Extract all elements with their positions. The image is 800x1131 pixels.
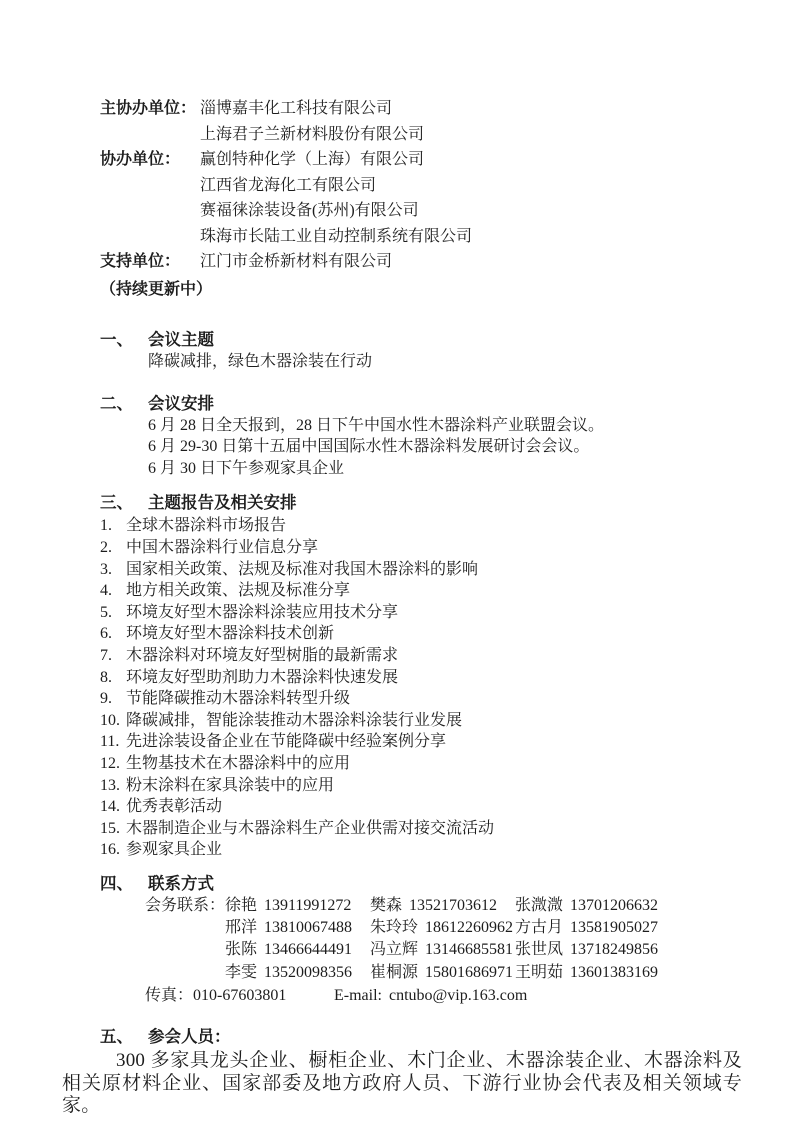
contact-phone: 13146685581 xyxy=(425,941,513,958)
contact-grid: 徐艳13911991272 樊森13521703612 张溦溦137012066… xyxy=(225,895,658,984)
section4-number: 四、 xyxy=(100,873,148,895)
company-name: 淄博嘉丰化工科技有限公司 xyxy=(200,96,424,122)
contact-phone: 13810067488 xyxy=(264,919,352,936)
topic-number: 11. xyxy=(100,731,126,753)
section5-number: 五、 xyxy=(100,1026,148,1048)
section1-title: 会议主题 xyxy=(148,329,214,351)
contact-entry: 张陈13466644491 xyxy=(225,939,370,961)
support-organizer-companies: 江门市金桥新材料有限公司 xyxy=(200,249,392,275)
topic-text: 地方相关政策、法规及标准分享 xyxy=(126,580,350,602)
company-name: 江门市金桥新材料有限公司 xyxy=(200,249,392,275)
contact-name: 李雯 xyxy=(225,964,257,981)
contact-entry: 邢洋13810067488 xyxy=(225,917,370,939)
section1-number: 一、 xyxy=(100,329,148,351)
company-name: 赛福徕涂装设备(苏州)有限公司 xyxy=(200,198,472,224)
topic-text: 木器涂料对环境友好型树脂的最新需求 xyxy=(126,645,398,667)
topic-text: 节能降碳推动木器涂料转型升级 xyxy=(126,688,350,710)
organizers-block: 主协办单位： 淄博嘉丰化工科技有限公司 上海君子兰新材料股份有限公司 协办单位：… xyxy=(100,96,742,302)
contact-entry: 樊森13521703612 xyxy=(370,895,515,917)
topic-text: 降碳减排，智能涂装推动木器涂料涂装行业发展 xyxy=(126,710,462,732)
topic-number: 2. xyxy=(100,537,126,559)
contact-name: 徐艳 xyxy=(225,897,257,914)
co-organizer-companies: 赢创特种化学（上海）有限公司 江西省龙海化工有限公司 赛福徕涂装设备(苏州)有限… xyxy=(200,147,472,249)
document-page: 主协办单位： 淄博嘉丰化工科技有限公司 上海君子兰新材料股份有限公司 协办单位：… xyxy=(0,0,800,1131)
contact-phone: 18612260962 xyxy=(425,919,513,936)
contact-row: 会务联系： 徐艳13911991272 樊森13521703612 张溦溦137… xyxy=(145,895,742,984)
fax-number: 010-67603801 xyxy=(193,987,286,1004)
contact-entry: 张世凤13718249856 xyxy=(515,939,658,961)
topic-list: 1.全球木器涂料市场报告 2.中国木器涂料行业信息分享 3.国家相关政策、法规及… xyxy=(100,515,742,861)
email-part: E-mail:cntubo@vip.163.com xyxy=(334,987,527,1004)
topic-text: 木器制造企业与木器涂料生产企业供需对接交流活动 xyxy=(126,818,494,840)
topic-text: 环境友好型助剂助力木器涂料快速发展 xyxy=(126,667,398,689)
section-participants: 五、 参会人员： 300 多家具龙头企业、橱柜企业、木门企业、木器涂装企业、木器… xyxy=(62,1026,742,1118)
topic-item: 6.环境友好型木器涂料技术创新 xyxy=(100,623,742,645)
topic-item: 4.地方相关政策、法规及标准分享 xyxy=(100,580,742,602)
topic-text: 优秀表彰活动 xyxy=(126,796,222,818)
contact-entry: 崔桐源15801686971 xyxy=(370,962,515,984)
topic-number: 5. xyxy=(100,602,126,624)
schedule-line: 6 月 30 日下午参观家具企业 xyxy=(148,458,742,480)
main-organizer-companies: 淄博嘉丰化工科技有限公司 上海君子兰新材料股份有限公司 xyxy=(200,96,424,147)
topic-text: 粉末涂料在家具涂装中的应用 xyxy=(126,775,334,797)
topic-item: 10.降碳减排，智能涂装推动木器涂料涂装行业发展 xyxy=(100,710,742,732)
contact-phone: 13701206632 xyxy=(570,897,658,914)
contact-name: 张陈 xyxy=(225,941,257,958)
contact-phone: 13911991272 xyxy=(264,897,351,914)
topic-text: 先进涂装设备企业在节能降碳中经验案例分享 xyxy=(126,731,446,753)
company-name: 江西省龙海化工有限公司 xyxy=(200,173,472,199)
section4-title: 联系方式 xyxy=(148,873,214,895)
section3-header: 三、 主题报告及相关安排 xyxy=(100,492,742,514)
contact-entry: 张溦溦13701206632 xyxy=(515,895,658,917)
topic-number: 4. xyxy=(100,580,126,602)
co-organizer-row: 协办单位： 赢创特种化学（上海）有限公司 江西省龙海化工有限公司 赛福徕涂装设备… xyxy=(100,147,742,249)
section2-header: 二、 会议安排 xyxy=(100,393,742,415)
topic-number: 15. xyxy=(100,818,126,840)
contact-name: 王明茹 xyxy=(515,964,563,981)
topic-item: 2.中国木器涂料行业信息分享 xyxy=(100,537,742,559)
contact-name: 崔桐源 xyxy=(370,964,418,981)
contact-name: 冯立辉 xyxy=(370,941,418,958)
section2-body: 6 月 28 日全天报到，28 日下午中国水性木器涂料产业联盟会议。 6 月 2… xyxy=(148,415,742,480)
topic-item: 13.粉末涂料在家具涂装中的应用 xyxy=(100,775,742,797)
contact-name: 邢洋 xyxy=(225,919,257,936)
topic-item: 12.生物基技术在木器涂料中的应用 xyxy=(100,753,742,775)
topic-item: 14.优秀表彰活动 xyxy=(100,796,742,818)
company-name: 上海君子兰新材料股份有限公司 xyxy=(200,122,424,148)
topic-text: 参观家具企业 xyxy=(126,839,222,861)
section-meeting-theme: 一、 会议主题 降碳减排，绿色木器涂装在行动 xyxy=(100,329,742,373)
contact-phone: 13520098356 xyxy=(264,964,352,981)
section5-header: 五、 参会人员： xyxy=(100,1026,742,1048)
contact-entry: 冯立辉13146685581 xyxy=(370,939,515,961)
email-label: E-mail: xyxy=(334,987,382,1004)
contact-phone: 13521703612 xyxy=(409,897,497,914)
contact-name: 张溦溦 xyxy=(515,897,563,914)
section1-body: 降碳减排，绿色木器涂装在行动 xyxy=(148,351,742,373)
fax-part: 传真：010-67603801 xyxy=(145,985,330,1007)
contact-phone: 13581905027 xyxy=(570,919,658,936)
contact-label: 会务联系： xyxy=(145,895,225,984)
topic-item: 16.参观家具企业 xyxy=(100,839,742,861)
topic-item: 1.全球木器涂料市场报告 xyxy=(100,515,742,537)
topic-number: 9. xyxy=(100,688,126,710)
topic-item: 9.节能降碳推动木器涂料转型升级 xyxy=(100,688,742,710)
topic-item: 5.环境友好型木器涂料涂装应用技术分享 xyxy=(100,602,742,624)
schedule-line: 6 月 28 日全天报到，28 日下午中国水性木器涂料产业联盟会议。 xyxy=(148,415,742,437)
main-organizer-label: 主协办单位： xyxy=(100,96,200,147)
topic-number: 14. xyxy=(100,796,126,818)
topic-item: 15.木器制造企业与木器涂料生产企业供需对接交流活动 xyxy=(100,818,742,840)
topic-number: 6. xyxy=(100,623,126,645)
topic-text: 国家相关政策、法规及标准对我国木器涂料的影响 xyxy=(126,559,478,581)
topic-number: 7. xyxy=(100,645,126,667)
section-contact-info: 四、 联系方式 会务联系： 徐艳13911991272 樊森1352170361… xyxy=(100,873,742,1007)
support-organizer-label: 支持单位： xyxy=(100,249,200,275)
section5-title: 参会人员： xyxy=(148,1026,231,1048)
topic-text: 全球木器涂料市场报告 xyxy=(126,515,286,537)
contact-name: 朱玲玲 xyxy=(370,919,418,936)
topic-number: 10. xyxy=(100,710,126,732)
topic-item: 3.国家相关政策、法规及标准对我国木器涂料的影响 xyxy=(100,559,742,581)
section4-body: 会务联系： 徐艳13911991272 樊森13521703612 张溦溦137… xyxy=(145,895,742,1007)
contact-entry: 朱玲玲18612260962 xyxy=(370,917,515,939)
contact-name: 张世凤 xyxy=(515,941,563,958)
section-meeting-schedule: 二、 会议安排 6 月 28 日全天报到，28 日下午中国水性木器涂料产业联盟会… xyxy=(100,393,742,480)
fax-label: 传真： xyxy=(145,987,193,1004)
participants-paragraph: 300 多家具龙头企业、橱柜企业、木门企业、木器涂装企业、木器涂料及相关原材料企… xyxy=(62,1050,742,1118)
topic-number: 16. xyxy=(100,839,126,861)
contact-entry: 徐艳13911991272 xyxy=(225,895,370,917)
document-content: 主协办单位： 淄博嘉丰化工科技有限公司 上海君子兰新材料股份有限公司 协办单位：… xyxy=(0,0,800,1118)
company-name: 赢创特种化学（上海）有限公司 xyxy=(200,147,472,173)
section4-header: 四、 联系方式 xyxy=(100,873,742,895)
contact-phone: 15801686971 xyxy=(425,964,513,981)
topic-text: 中国木器涂料行业信息分享 xyxy=(126,537,318,559)
topic-text: 环境友好型木器涂料涂装应用技术分享 xyxy=(126,602,398,624)
contact-entry: 王明茹13601383169 xyxy=(515,962,658,984)
section3-title: 主题报告及相关安排 xyxy=(148,492,297,514)
section2-number: 二、 xyxy=(100,393,148,415)
schedule-line: 6 月 29-30 日第十五届中国国际水性木器涂料发展研讨会会议。 xyxy=(148,436,742,458)
contact-name: 樊森 xyxy=(370,897,402,914)
topic-text: 环境友好型木器涂料技术创新 xyxy=(126,623,334,645)
co-organizer-label: 协办单位： xyxy=(100,147,200,249)
contact-phone: 13466644491 xyxy=(264,941,352,958)
section1-header: 一、 会议主题 xyxy=(100,329,742,351)
topic-number: 1. xyxy=(100,515,126,537)
section-topic-reports: 三、 主题报告及相关安排 1.全球木器涂料市场报告 2.中国木器涂料行业信息分享… xyxy=(100,492,742,861)
fax-email-row: 传真：010-67603801 E-mail:cntubo@vip.163.co… xyxy=(145,985,742,1007)
topic-item: 8.环境友好型助剂助力木器涂料快速发展 xyxy=(100,667,742,689)
company-name: 珠海市长陆工业自动控制系统有限公司 xyxy=(200,224,472,250)
email-address: cntubo@vip.163.com xyxy=(389,987,527,1004)
contact-name: 方古月 xyxy=(515,919,563,936)
contact-phone: 13718249856 xyxy=(570,941,658,958)
topic-number: 8. xyxy=(100,667,126,689)
topic-number: 3. xyxy=(100,559,126,581)
topic-item: 11.先进涂装设备企业在节能降碳中经验案例分享 xyxy=(100,731,742,753)
main-organizer-row: 主协办单位： 淄博嘉丰化工科技有限公司 上海君子兰新材料股份有限公司 xyxy=(100,96,742,147)
updating-note: （持续更新中） xyxy=(100,277,742,303)
contact-entry: 方古月13581905027 xyxy=(515,917,658,939)
contact-phone: 13601383169 xyxy=(570,964,658,981)
topic-text: 生物基技术在木器涂料中的应用 xyxy=(126,753,350,775)
topic-item: 7.木器涂料对环境友好型树脂的最新需求 xyxy=(100,645,742,667)
section2-title: 会议安排 xyxy=(148,393,214,415)
support-organizer-row: 支持单位： 江门市金桥新材料有限公司 xyxy=(100,249,742,275)
topic-number: 12. xyxy=(100,753,126,775)
topic-number: 13. xyxy=(100,775,126,797)
contact-entry: 李雯13520098356 xyxy=(225,962,370,984)
section3-number: 三、 xyxy=(100,492,148,514)
